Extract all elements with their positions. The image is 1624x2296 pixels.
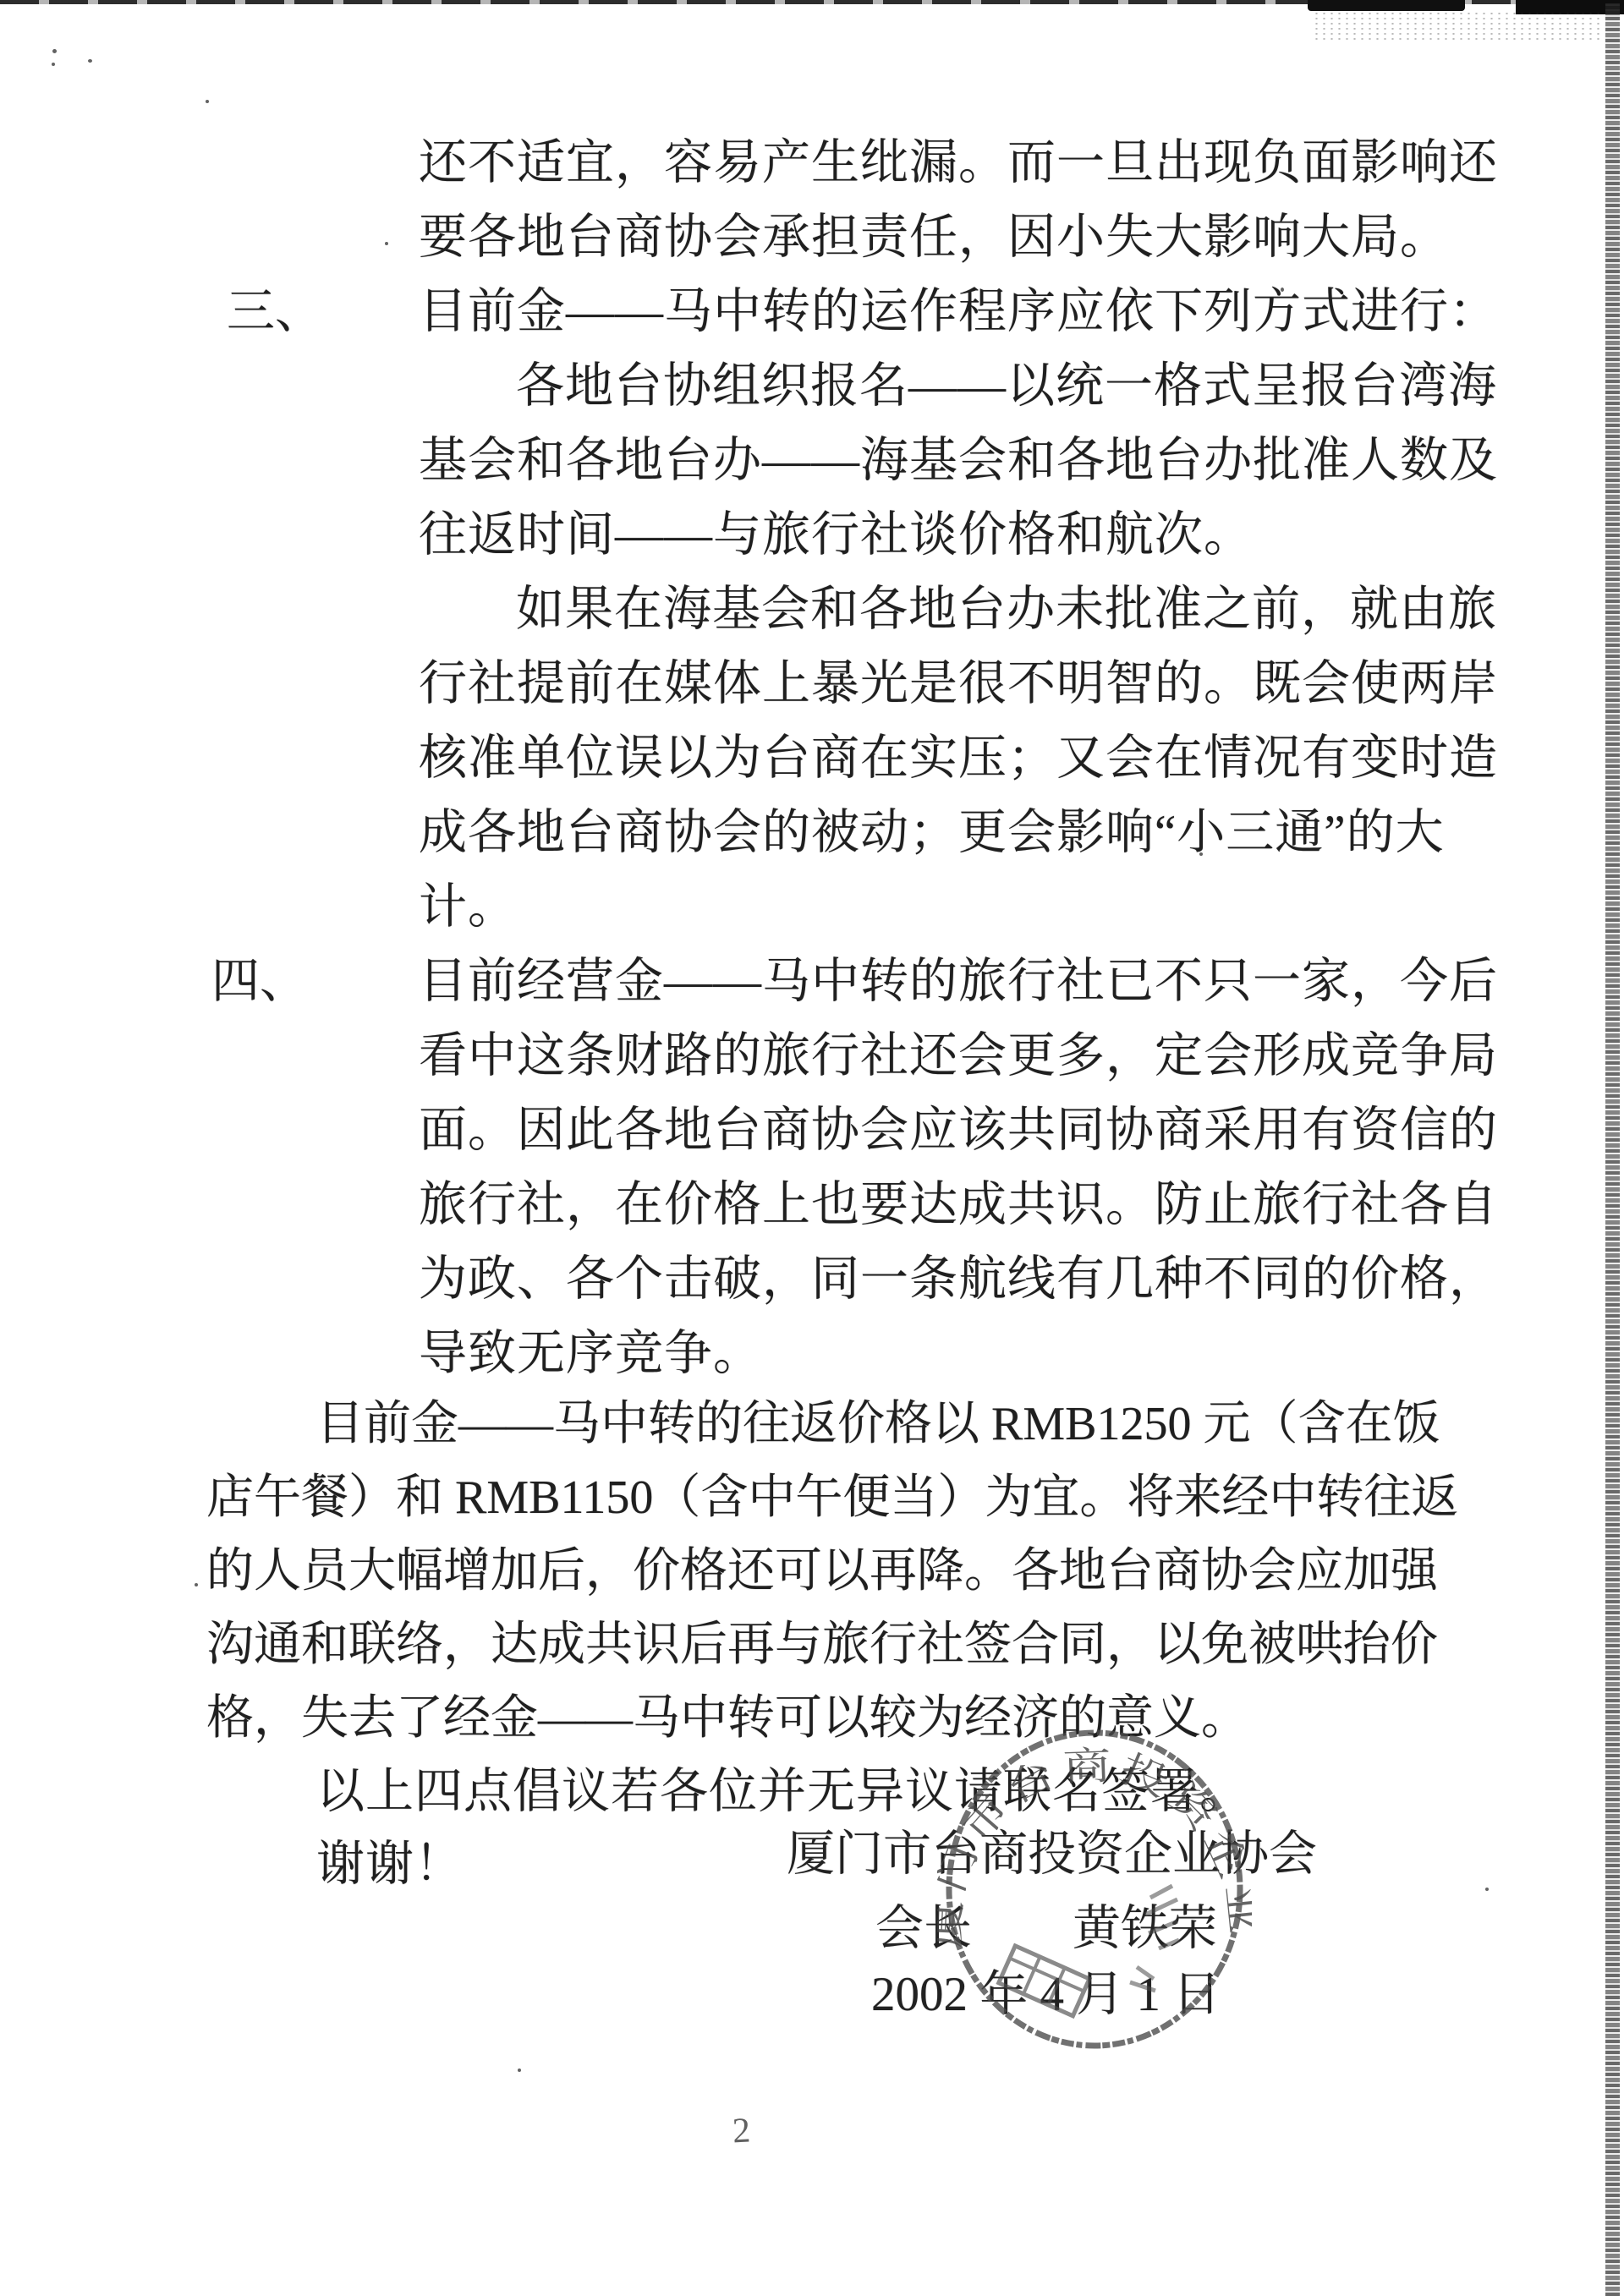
text-line: 店午餐）和 RMB1150（含中午便当）为宜。将来经中转往返 — [206, 1471, 1458, 1525]
text-line: 往返时间——与旅行社谈价格和航次。 — [419, 507, 1253, 563]
scan-corner-blob — [1308, 0, 1465, 11]
scan-speckle — [1485, 1888, 1489, 1891]
page-number: 2 — [732, 2110, 751, 2151]
text-line: 还不适宜，容易产生纰漏。而一旦出现负面影响还 — [419, 135, 1498, 191]
text-line: 目前金——马中转的运作程序应依下列方式进行： — [419, 284, 1498, 340]
text-line: 沟通和联络，达成共识后再与旅行社签合同，以免被哄抬价 — [206, 1618, 1438, 1672]
scanned-document-page: 还不适宜，容易产生纰漏。而一旦出现负面影响还 要各地台商协会承担责任，因小失大影… — [0, 0, 1624, 2296]
scan-speckle-band — [1313, 11, 1600, 40]
text-line: 核准单位误以为台商在实压；又会在情况有变时造 — [419, 731, 1498, 786]
text-line: 看中这条财路的旅行社还会更多，定会形成竞争局 — [419, 1028, 1498, 1084]
seal-curved-text: 厦门市台商投资企业协会 — [937, 1723, 1252, 1949]
scan-speckle — [88, 59, 92, 63]
text-line: 面。因此各地台商协会应该共同协商采用有资信的 — [419, 1103, 1498, 1159]
scan-speckle — [52, 63, 55, 66]
text-line: 各地台协组织报名——以统一格式呈报台湾海 — [516, 359, 1497, 414]
text-line: 旅行社，在价格上也要达成共识。防止旅行社各自 — [419, 1177, 1498, 1233]
seal-inner-mark — [1130, 1886, 1179, 1991]
text-line: 谢谢！ — [316, 1837, 464, 1893]
text-line: 目前经营金——马中转的旅行社已不只一家，今后 — [419, 954, 1498, 1010]
text-line: 的人员大幅增加后，价格还可以再降。各地台商协会应加强 — [206, 1544, 1438, 1598]
text-line: 导致无序竞争。 — [419, 1326, 762, 1382]
scan-speckle — [385, 242, 388, 245]
text-line: 要各地台商协会承担责任，因小失大影响大局。 — [419, 210, 1449, 266]
scan-speckle — [195, 1583, 198, 1586]
scan-speckle — [52, 49, 57, 53]
scan-right-edge-artifact — [1605, 3, 1620, 2296]
seal-inner-mark — [999, 1946, 1089, 2016]
text-line: 成各地台商协会的被动；更会影响“小三通”的大 — [419, 805, 1445, 861]
text-line: 如果在海基会和各地台办未批准之前，就由旅 — [516, 582, 1497, 638]
text-line: 计。 — [419, 879, 517, 935]
scan-speckle — [206, 100, 209, 103]
section-number-4: 四、 — [211, 954, 308, 1010]
text-line: 为政、各个击破，同一条航线有几种不同的价格， — [419, 1252, 1498, 1307]
text-line: 目前金——马中转的往返价格以 RMB1250 元（含在饭 — [316, 1397, 1440, 1451]
section-number-3: 三、 — [227, 284, 323, 340]
text-line: 基会和各地台办——海基会和各地台办批准人数及 — [419, 433, 1498, 489]
association-seal: 厦门市台商投资企业协会 — [937, 1723, 1252, 2060]
scan-speckle — [518, 2069, 521, 2072]
text-line: 行社提前在媒体上暴光是很不明智的。既会使两岸 — [419, 656, 1498, 712]
